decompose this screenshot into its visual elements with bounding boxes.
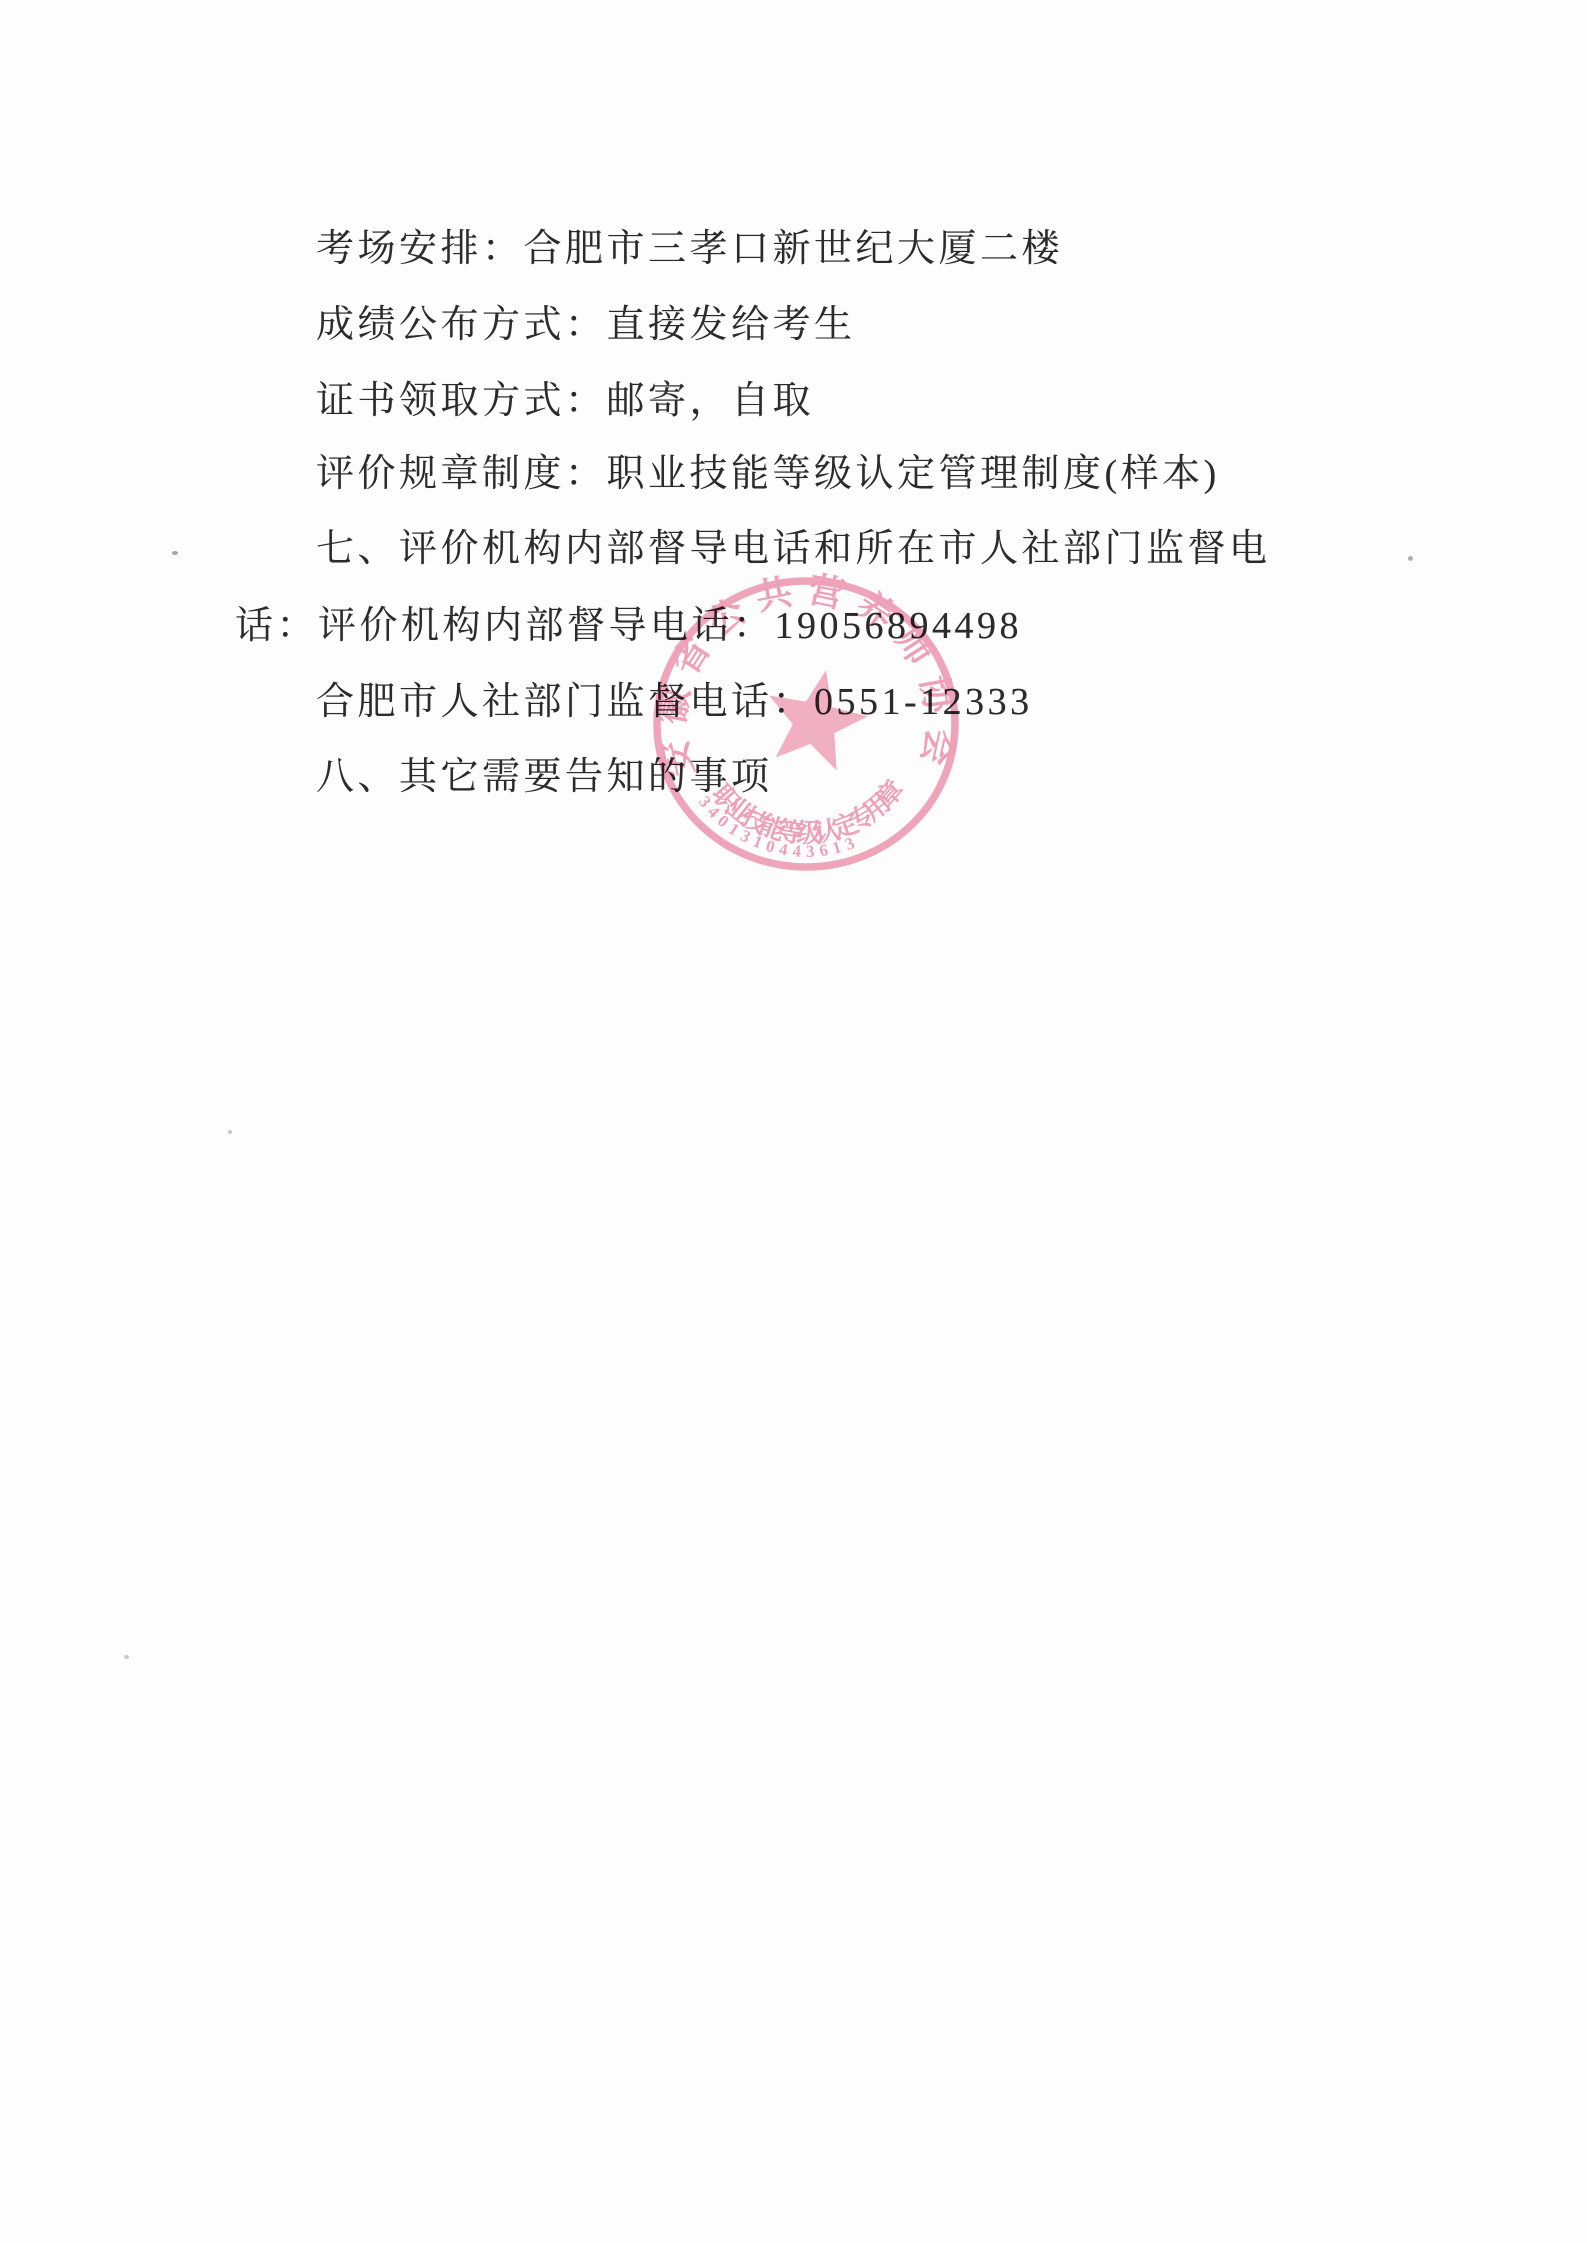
line-evaluation-rules: 评价规章制度：职业技能等级认定管理制度(样本) [316,453,1220,497]
scanned-document-page: 考场安排：合肥市三孝口新世纪大厦二楼 成绩公布方式：直接发给考生 证书领取方式：… [0,0,1587,2243]
scan-speck [124,1655,129,1659]
line-score-release-method: 成绩公布方式：直接发给考生 [316,304,856,348]
line-certificate-pickup: 证书领取方式：邮寄，自取 [316,380,814,424]
scan-speck [228,1130,232,1134]
official-seal-stamp: 安徽省公共营养师协会 职业技能等级认定专用章 3401310443613 [636,554,976,894]
line-exam-venue: 考场安排：合肥市三孝口新世纪大厦二楼 [316,228,1063,272]
scan-speck [1408,556,1413,561]
star-icon [757,660,876,775]
seal-org-name: 安徽省公共营养师协会 [651,569,961,780]
scan-speck [172,551,178,555]
